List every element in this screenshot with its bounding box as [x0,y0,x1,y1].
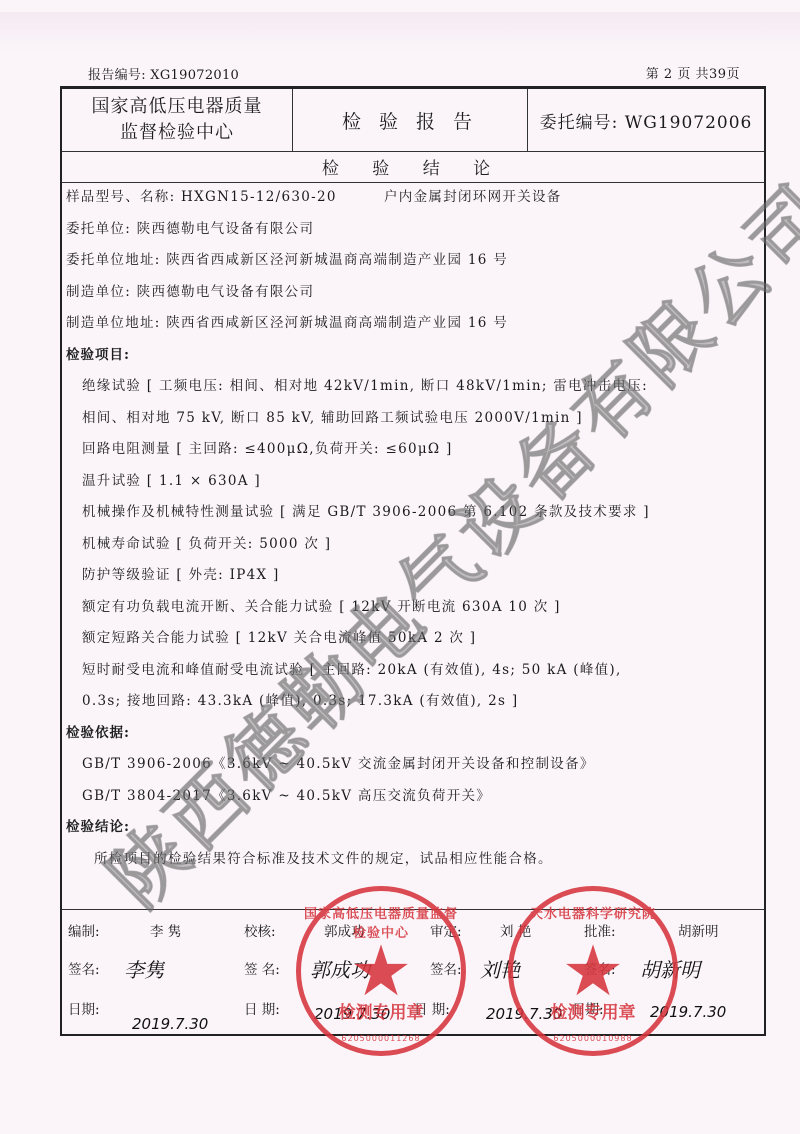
client-row: 委托单位: 陕西德勒电气设备有限公司 [66,214,756,246]
star-icon: ★ [562,936,625,1006]
org-line-1: 国家高低压电器质量 [92,94,263,120]
test-item: 绝缘试验 [ 工频电压: 相间、相对地 42kV/1min, 断口 48kV/1… [66,371,756,403]
report-header: 国家高低压电器质量 监督检验中心 检 验 报 告 委托编号: WG1907200… [62,89,764,152]
maker-label: 制造单位: [66,284,131,300]
standard-item: GB/T 3906-2006《3.6kV ~ 40.5kV 交流金属封闭开关设备… [66,749,756,781]
maker-address-row: 制造单位地址: 陕西省西咸新区泾河新城温商高端制造产业园 16 号 [66,308,756,340]
conclusion-heading: 检验结论: [66,812,756,844]
date-label: 日 期: [244,995,280,1025]
sign-label: 签名: [68,955,100,985]
consign-number: 委托编号: WG19072006 [528,89,764,151]
test-item: 机械寿命试验 [ 负荷开关: 5000 次 ] [66,529,756,561]
org-line-2: 监督检验中心 [120,120,234,146]
stamp-code: 6205000011268 [301,1034,461,1043]
inspection-center-stamp: 国家高低压电器质量监督检验中心 ★ 检测专用章 6205000011268 [296,886,466,1056]
maker-address-label: 制造单位地址: [66,315,161,331]
sample-name: 户内金属封闭环网开关设备 [384,189,562,205]
test-item: 额定有功负载电流开断、关合能力试验 [ 12kV 开断电流 630A 10 次 … [66,592,756,624]
checked-label: 校核: [244,917,276,947]
issuing-organization: 国家高低压电器质量 监督检验中心 [62,89,293,151]
document-title: 检 验 报 告 [293,89,528,151]
maker-value: 陕西德勒电气设备有限公司 [137,284,315,300]
scan-edge [0,12,800,52]
star-icon: ★ [350,936,413,1006]
test-items-heading: 检验项目: [66,340,756,372]
compiled-signature: 李隽 [124,955,164,985]
compiled-label: 编制: [68,917,100,947]
test-item: 防护等级验证 [ 外壳: IP4X ] [66,560,756,592]
client-value: 陕西德勒电气设备有限公司 [137,221,315,237]
sample-model-label: 样品型号、名称: [66,189,175,205]
date-label: 日期: [68,995,100,1025]
test-item: 回路电阻测量 [ 主回路: ≤400μΩ,负荷开关: ≤60μΩ ] [66,434,756,466]
conclusion-text: 所检项目的检验结果符合标准及技术文件的规定，试品相应性能合格。 [66,844,756,876]
stamp-bottom-text: 检测专用章 [301,998,461,1023]
sample-model-row: 样品型号、名称: HXGN15-12/630-20 户内金属封闭环网开关设备 [66,182,756,214]
sign-label: 签 名: [244,955,280,985]
stamp-top-text: 天水电器科学研究院 [513,903,673,922]
approved-name: 胡新明 [678,917,719,947]
report-body: 样品型号、名称: HXGN15-12/630-20 户内金属封闭环网开关设备 委… [66,182,756,875]
research-institute-stamp: 天水电器科学研究院 ★ 检测专用章 6205000010988 [508,886,678,1056]
client-label: 委托单位: [66,221,131,237]
test-item: 相间、相对地 75 kV, 断口 85 kV, 辅助回路工频试验电压 2000V… [66,403,756,435]
compiled-name: 李 隽 [150,917,181,947]
compiled-date: 2019.7.30 [132,1009,208,1039]
client-address-value: 陕西省西咸新区泾河新城温商高端制造产业园 16 号 [166,252,508,268]
maker-row: 制造单位: 陕西德勒电气设备有限公司 [66,277,756,309]
client-address-row: 委托单位地址: 陕西省西咸新区泾河新城温商高端制造产业园 16 号 [66,245,756,277]
standard-item: GB/T 3804-2017《3.6kV ~ 40.5kV 高压交流负荷开关》 [66,781,756,813]
test-item: 温升试验 [ 1.1 × 630A ] [66,466,756,498]
stamp-top-text: 国家高低压电器质量监督检验中心 [301,903,461,941]
test-item: 额定短路关合能力试验 [ 12kV 关合电流峰值 50kA 2 次 ] [66,623,756,655]
test-item: 0.3s; 接地回路: 43.3kA (峰值), 0.3s; 17.3kA (有… [66,686,756,718]
maker-address-value: 陕西省西咸新区泾河新城温商高端制造产业园 16 号 [166,315,508,331]
report-number: 报告编号: XG19072010 [88,64,239,83]
client-address-label: 委托单位地址: [66,252,161,268]
section-title: 检 验 结 论 [62,151,764,183]
sample-model: HXGN15-12/630-20 [181,189,337,205]
page-number: 第 2 页 共39页 [646,63,740,82]
stamp-bottom-text: 检测专用章 [513,998,673,1023]
stamp-code: 6205000010988 [513,1034,673,1043]
test-basis-heading: 检验依据: [66,718,756,750]
test-item: 机械操作及机械特性测量试验 [ 满足 GB/T 3906-2006 第 6.10… [66,497,756,529]
test-item: 短时耐受电流和峰值耐受电流试验 [ 主回路: 20kA (有效值), 4s; 5… [66,655,756,687]
